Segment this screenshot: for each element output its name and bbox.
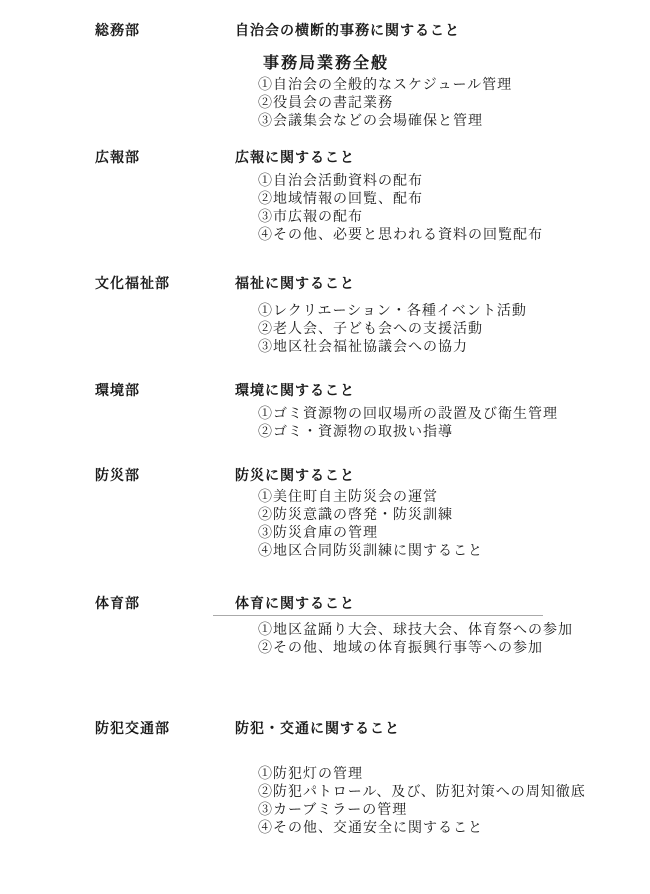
- underline-rule: [213, 615, 543, 616]
- department-name: 環境部: [95, 382, 140, 400]
- section-soumu: 総務部 自治会の横断的事務に関すること 事務局業務全般 ①自治会の全般的なスケジ…: [0, 22, 650, 130]
- section-bousai: 防災部 防災に関すること ①美住町自主防災会の運営 ②防災意識の啓発・防災訓練 …: [0, 467, 650, 560]
- duty-item: ③会議集会などの会場確保と管理: [258, 112, 650, 130]
- duty-item: ②老人会、子ども会への支援活動: [258, 320, 650, 338]
- duty-heading: 防災に関すること: [235, 467, 355, 485]
- duty-heading: 体育に関すること: [235, 595, 355, 613]
- duty-item-list: ①防犯灯の管理 ②防犯パトロール、及び、防犯対策への周知徹底 ③カーブミラーの管…: [0, 765, 650, 837]
- section-bouhan-koutsuu: 防犯交通部 防犯・交通に関すること ①防犯灯の管理 ②防犯パトロール、及び、防犯…: [0, 720, 650, 837]
- duty-item: ①美住町自主防災会の運営: [258, 488, 650, 506]
- department-name: 文化福祉部: [95, 275, 170, 293]
- duty-heading: 自治会の横断的事務に関すること: [235, 22, 460, 40]
- duty-item-list: ①地区盆踊り大会、球技大会、体育祭への参加 ②その他、地域の体育振興行事等への参…: [0, 621, 650, 657]
- duty-item: ①防犯灯の管理: [258, 765, 650, 783]
- department-name: 体育部: [95, 595, 140, 613]
- duty-item: ②防災意識の啓発・防災訓練: [258, 506, 650, 524]
- section-kankyou: 環境部 環境に関すること ①ゴミ資源物の回収場所の設置及び衛生管理 ②ゴミ・資源…: [0, 382, 650, 441]
- duty-item: ②地域情報の回覧、配布: [258, 190, 650, 208]
- section-subheading: 事務局業務全般: [0, 53, 650, 73]
- duty-item: ①自治会活動資料の配布: [258, 172, 650, 190]
- duty-heading: 福祉に関すること: [235, 275, 355, 293]
- duty-item: ②ゴミ・資源物の取扱い指導: [258, 423, 650, 441]
- duty-heading: 広報に関すること: [235, 149, 355, 167]
- duty-item-list: ①自治会活動資料の配布 ②地域情報の回覧、配布 ③市広報の配布 ④その他、必要と…: [0, 172, 650, 244]
- duty-item: ③防災倉庫の管理: [258, 524, 650, 542]
- duty-item: ③地区社会福祉協議会への協力: [258, 338, 650, 356]
- duty-item: ④その他、交通安全に関すること: [258, 819, 650, 837]
- section-taiiku: 体育部 体育に関すること ①地区盆踊り大会、球技大会、体育祭への参加 ②その他、…: [0, 595, 650, 657]
- department-name: 総務部: [95, 22, 140, 40]
- section-bunka-fukushi: 文化福祉部 福祉に関すること ①レクリエーション・各種イベント活動 ②老人会、子…: [0, 275, 650, 356]
- document-page: { "page": { "background": "#ffffff", "te…: [0, 0, 650, 894]
- department-name: 防災部: [95, 467, 140, 485]
- duty-item: ③市広報の配布: [258, 208, 650, 226]
- duty-item: ①地区盆踊り大会、球技大会、体育祭への参加: [258, 621, 650, 639]
- duty-heading: 環境に関すること: [235, 382, 355, 400]
- section-kouhou: 広報部 広報に関すること ①自治会活動資料の配布 ②地域情報の回覧、配布 ③市広…: [0, 149, 650, 244]
- department-name: 広報部: [95, 149, 140, 167]
- duty-item-list: ①ゴミ資源物の回収場所の設置及び衛生管理 ②ゴミ・資源物の取扱い指導: [0, 405, 650, 441]
- duty-item: ③カーブミラーの管理: [258, 801, 650, 819]
- duty-item: ②役員会の書記業務: [258, 94, 650, 112]
- duty-item: ①自治会の全般的なスケジュール管理: [258, 76, 650, 94]
- duty-item: ①ゴミ資源物の回収場所の設置及び衛生管理: [258, 405, 650, 423]
- department-name: 防犯交通部: [95, 720, 170, 738]
- duty-item: ④その他、必要と思われる資料の回覧配布: [258, 226, 650, 244]
- duty-item-list: ①レクリエーション・各種イベント活動 ②老人会、子ども会への支援活動 ③地区社会…: [0, 302, 650, 356]
- duty-item-list: ①美住町自主防災会の運営 ②防災意識の啓発・防災訓練 ③防災倉庫の管理 ④地区合…: [0, 488, 650, 560]
- duty-item: ④地区合同防災訓練に関すること: [258, 542, 650, 560]
- duty-item-list: ①自治会の全般的なスケジュール管理 ②役員会の書記業務 ③会議集会などの会場確保…: [0, 76, 650, 130]
- duty-item: ①レクリエーション・各種イベント活動: [258, 302, 650, 320]
- duty-heading: 防犯・交通に関すること: [235, 720, 400, 738]
- duty-item: ②防犯パトロール、及び、防犯対策への周知徹底: [258, 783, 650, 801]
- duty-item: ②その他、地域の体育振興行事等への参加: [258, 639, 650, 657]
